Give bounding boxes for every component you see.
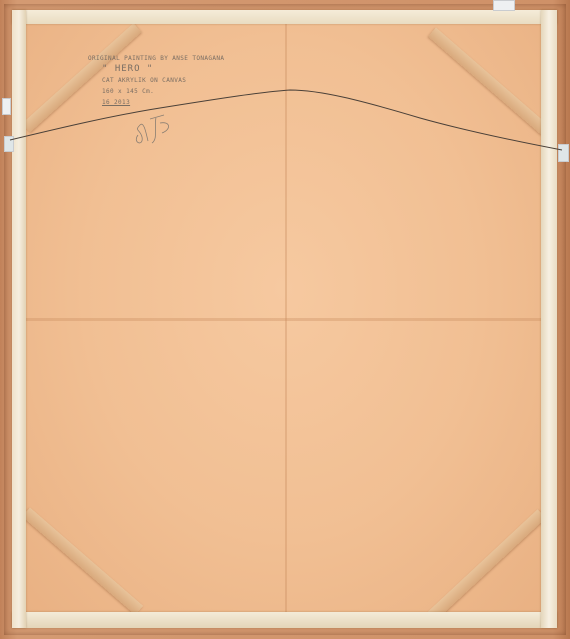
hanging-wire (0, 0, 570, 639)
painting-back-photo: ORIGINAL PAINTING BY ANSE TONAGANA " HER… (0, 0, 570, 639)
